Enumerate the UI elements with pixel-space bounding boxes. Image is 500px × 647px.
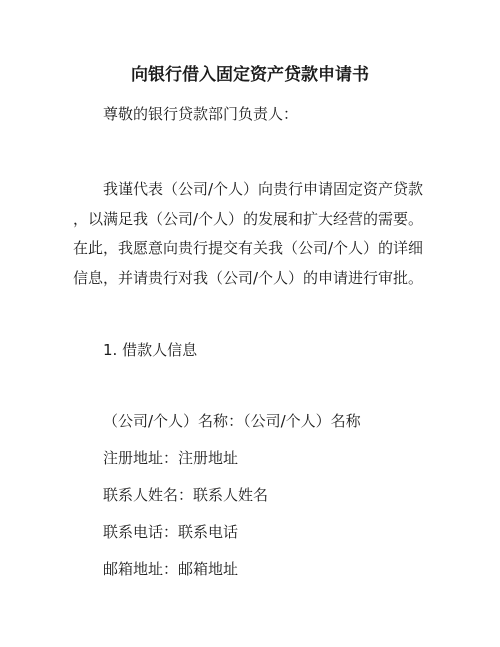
info-value: 注册地址 [178, 449, 238, 467]
info-item-name: （公司/个人）名称：（公司/个人）名称 [103, 410, 361, 447]
info-separator: ： [178, 486, 193, 504]
info-item-phone: 联系电话：联系电话 [103, 521, 361, 558]
info-separator: ： [163, 560, 178, 578]
document-title: 向银行借入固定资产贷款申请书 [0, 63, 500, 87]
paragraph-line: 在此，我愿意向贵行提交有关我（公司/个人）的详细 [73, 234, 443, 264]
info-item-email: 邮箱地址：邮箱地址 [103, 558, 361, 595]
borrower-info-list: （公司/个人）名称：（公司/个人）名称 注册地址：注册地址 联系人姓名：联系人姓… [103, 410, 361, 595]
info-separator: ： [228, 412, 243, 430]
info-value: 联系人姓名 [193, 486, 268, 504]
info-value: （公司/个人）名称 [243, 412, 361, 430]
paragraph-line: 我谨代表（公司/个人）向贵行申请固定资产贷款 [73, 175, 443, 205]
paragraph-line: 信息，并请贵行对我（公司/个人）的申请进行审批。 [73, 264, 443, 294]
info-label: （公司/个人）名称 [103, 412, 228, 430]
body-paragraph: 我谨代表（公司/个人）向贵行申请固定资产贷款 ，以满足我（公司/个人）的发展和扩… [73, 175, 443, 293]
info-label: 注册地址 [103, 449, 163, 467]
info-label: 联系人姓名 [103, 486, 178, 504]
info-separator: ： [163, 523, 178, 541]
info-value: 联系电话 [178, 523, 238, 541]
info-item-contact-name: 联系人姓名：联系人姓名 [103, 484, 361, 521]
info-label: 联系电话 [103, 523, 163, 541]
section-heading-borrower-info: 1. 借款人信息 [103, 339, 197, 361]
info-label: 邮箱地址 [103, 560, 163, 578]
info-separator: ： [163, 449, 178, 467]
info-value: 邮箱地址 [178, 560, 238, 578]
salutation: 尊敬的银行贷款部门负责人： [103, 103, 298, 125]
paragraph-line: ，以满足我（公司/个人）的发展和扩大经营的需要。 [73, 205, 443, 235]
info-item-address: 注册地址：注册地址 [103, 447, 361, 484]
